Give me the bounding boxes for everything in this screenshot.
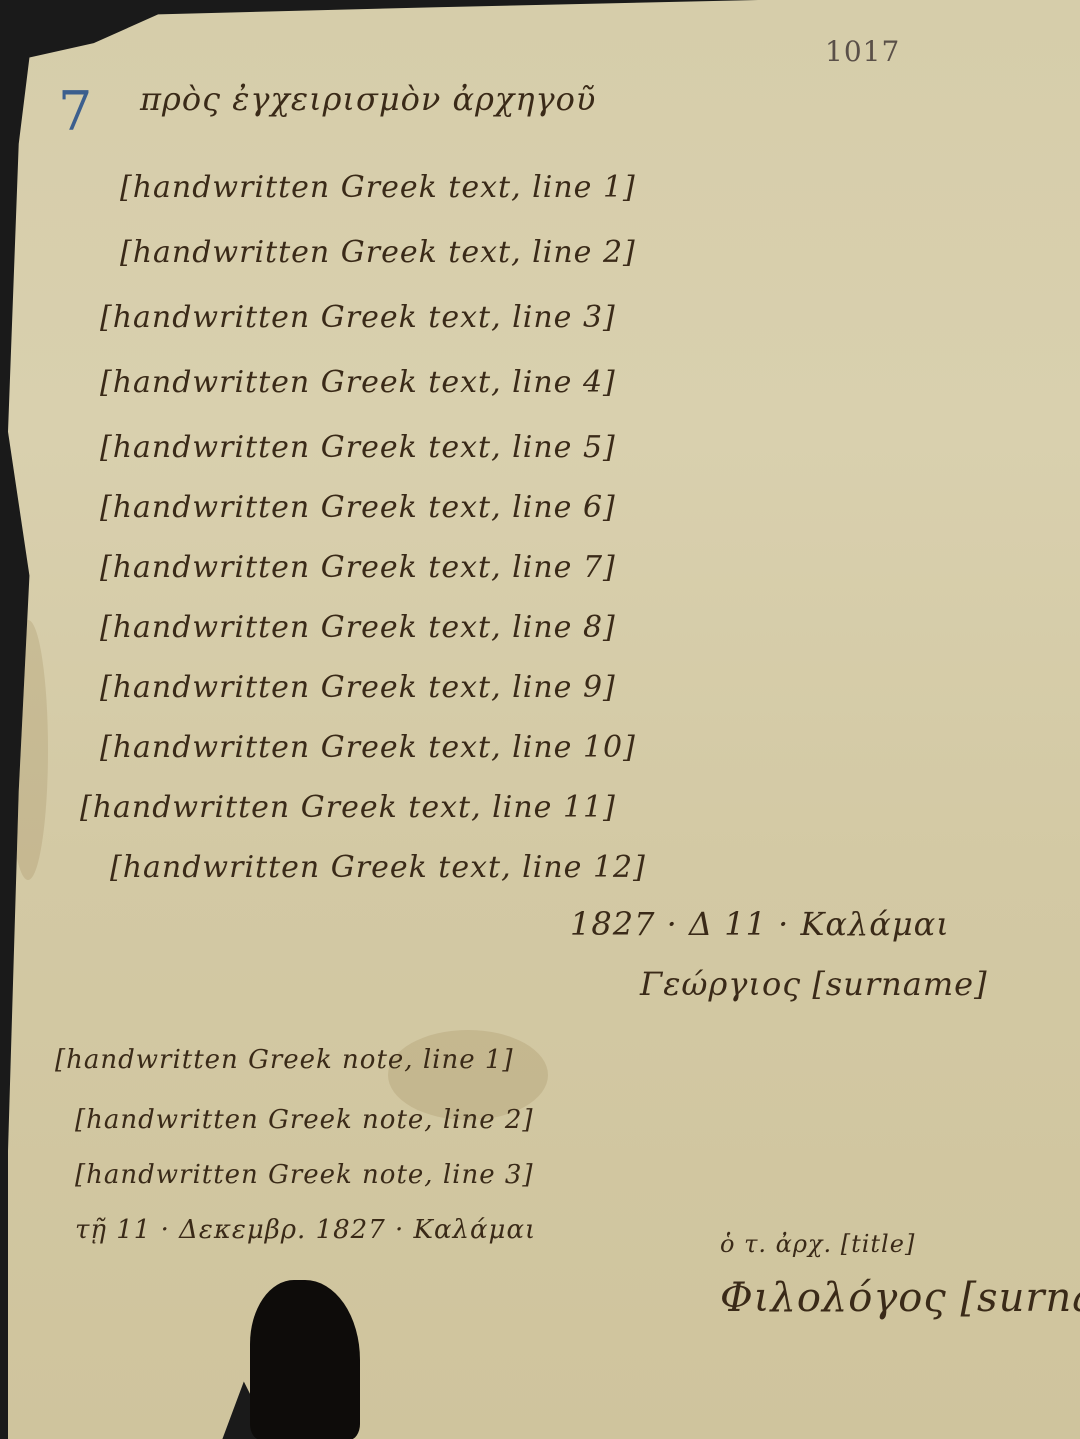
note-line: [handwritten Greek note, line 2] xyxy=(75,1105,534,1135)
margin-mark: 7 xyxy=(58,80,93,143)
note-signature: Φιλολόγος [surname] xyxy=(720,1275,1080,1321)
date-line: 1827 · Δ 11 · Καλάμαι xyxy=(570,905,950,943)
note-line: [handwritten Greek note, line 3] xyxy=(75,1160,534,1190)
body-line: [handwritten Greek text, line 11] xyxy=(80,790,616,825)
burn-hole xyxy=(250,1280,360,1439)
body-line: [handwritten Greek text, line 2] xyxy=(120,235,636,270)
body-line: [handwritten Greek text, line 9] xyxy=(100,670,616,705)
body-line: [handwritten Greek text, line 10] xyxy=(100,730,636,765)
edge-stain xyxy=(8,620,48,880)
letter-heading: πρὸς ἐγχειρισμὸν ἀρχηγοῦ xyxy=(140,80,596,118)
body-line: [handwritten Greek text, line 4] xyxy=(100,365,616,400)
note-line: [handwritten Greek note, line 1] xyxy=(55,1045,514,1075)
body-line: [handwritten Greek text, line 7] xyxy=(100,550,616,585)
body-line: [handwritten Greek text, line 8] xyxy=(100,610,616,645)
note-title: ὁ τ. ἀρχ. [title] xyxy=(720,1230,915,1258)
signature: Γεώργιος [surname] xyxy=(640,965,988,1003)
body-line: [handwritten Greek text, line 1] xyxy=(120,170,636,205)
archive-number: 1017 xyxy=(825,35,900,68)
note-date: τῇ 11 · Δεκεμβρ. 1827 · Καλάμαι xyxy=(75,1215,536,1245)
body-line: [handwritten Greek text, line 6] xyxy=(100,490,616,525)
body-line: [handwritten Greek text, line 3] xyxy=(100,300,616,335)
body-line: [handwritten Greek text, line 12] xyxy=(110,850,646,885)
body-line: [handwritten Greek text, line 5] xyxy=(100,430,616,465)
